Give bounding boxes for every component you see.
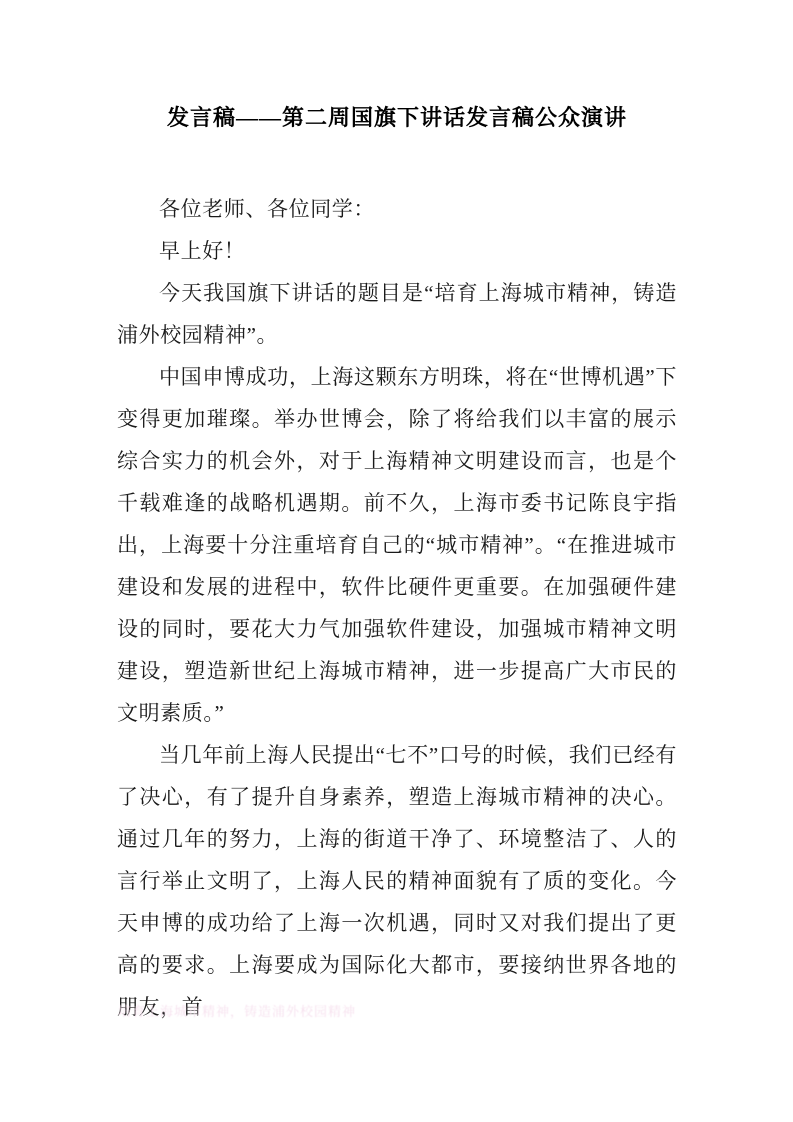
paragraph-greeting: 早上好！ [117,230,677,272]
document-body: 各位老师、各位同学： 早上好！ 今天我国旗下讲话的题目是“培育上海城市精神，铸造… [117,188,677,1028]
paragraph-topic: 今天我国旗下讲话的题目是“培育上海城市精神，铸造浦外校园精神”。 [117,272,677,356]
document-page: 发言稿——第二周国旗下讲话发言稿公众演讲 各位老师、各位同学： 早上好！ 今天我… [0,0,793,1122]
paragraph-expo-spirit: 中国申博成功，上海这颗东方明珠，将在“世博机遇”下变得更加璀璨。举办世博会，除了… [117,356,677,734]
paragraph-salutation: 各位老师、各位同学： [117,188,677,230]
watermark-text: 培育上海城市精神，铸造浦外校园精神 [118,1002,538,1022]
paragraph-city-progress: 当几年前上海人民提出“七不”口号的时候，我们已经有了决心，有了提升自身素养，塑造… [117,734,677,1028]
page-title: 发言稿——第二周国旗下讲话发言稿公众演讲 [117,103,677,133]
